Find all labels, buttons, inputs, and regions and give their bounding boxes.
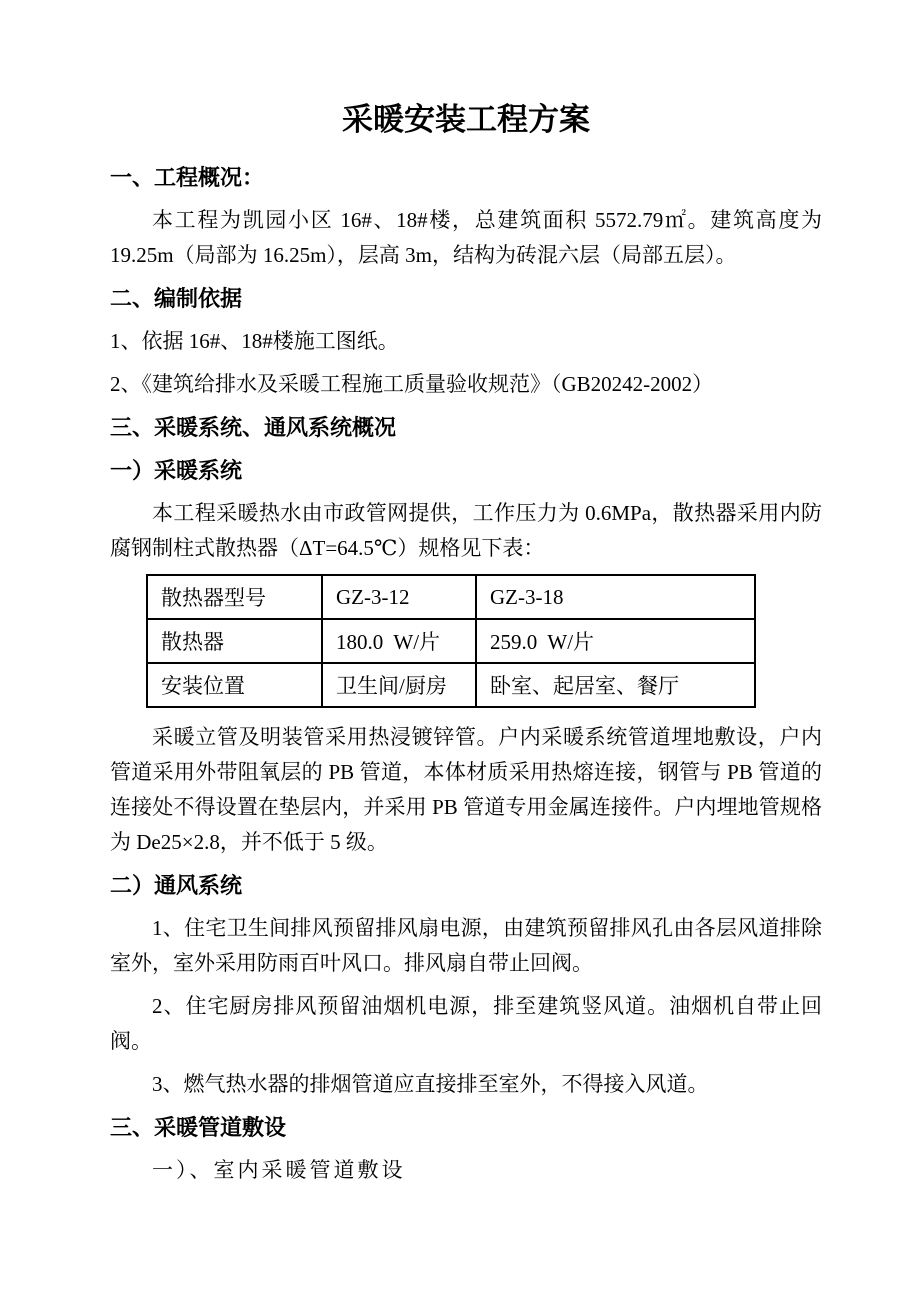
basis-item-2: 2、《建筑给排水及采暖工程施工质量验收规范》（GB20242-2002） [110, 367, 822, 402]
table-cell-gz318: 259.0 W/片 [476, 619, 755, 663]
table-cell-gz318: 卧室、起居室、餐厅 [476, 663, 755, 707]
heading-compilation-basis: 二、编制依据 [110, 281, 822, 316]
table-cell-row-label: 安装位置 [147, 663, 322, 707]
document-title: 采暖安装工程方案 [110, 96, 822, 144]
table-cell-gz318: GZ-3-18 [476, 575, 755, 619]
heading-heating-system: 一）采暖系统 [110, 453, 822, 488]
basis-item-1: 1、依据 16#、18#楼施工图纸。 [110, 324, 822, 359]
heading-pipe-laying: 三、采暖管道敷设 [110, 1110, 822, 1145]
document-page: 采暖安装工程方案 一、工程概况： 本工程为凯园小区 16#、18#楼，总建筑面积… [0, 0, 920, 1302]
table-row-model: 散热器型号 GZ-3-12 GZ-3-18 [147, 575, 755, 619]
table-row-location: 安装位置 卫生间/厨房 卧室、起居室、餐厅 [147, 663, 755, 707]
ventilation-item-2: 2、住宅厨房排风预留油烟机电源，排至建筑竖风道。油烟机自带止回阀。 [110, 989, 822, 1059]
table-cell-row-label: 散热器 [147, 619, 322, 663]
paragraph-heating-intro: 本工程采暖热水由市政管网提供，工作压力为 0.6MPa，散热器采用内防腐钢制柱式… [110, 496, 822, 566]
heading-systems-overview: 三、采暖系统、通风系统概况 [110, 410, 822, 445]
ventilation-item-3: 3、燃气热水器的排烟管道应直接排至室外，不得接入风道。 [110, 1067, 822, 1102]
heading-ventilation-system: 二）通风系统 [110, 868, 822, 903]
heading-project-overview: 一、工程概况： [110, 160, 822, 195]
paragraph-pipe-material: 采暖立管及明装管采用热浸镀锌管。户内采暖系统管道埋地敷设，户内管道采用外带阻氧层… [110, 720, 822, 860]
table-cell-gz312: 卫生间/厨房 [322, 663, 476, 707]
ventilation-item-1: 1、住宅卫生间排风预留排风扇电源，由建筑预留排风孔由各层风道排除室外，室外采用防… [110, 911, 822, 981]
radiator-spec-table: 散热器型号 GZ-3-12 GZ-3-18 散热器 180.0 W/片 259.… [146, 574, 756, 708]
table-row-power: 散热器 180.0 W/片 259.0 W/片 [147, 619, 755, 663]
heading-indoor-pipe-laying: 一）、室内采暖管道敷设 [110, 1153, 822, 1188]
table-cell-gz312: 180.0 W/片 [322, 619, 476, 663]
paragraph-project-overview: 本工程为凯园小区 16#、18#楼，总建筑面积 5572.79㎡。建筑高度为 1… [110, 203, 822, 273]
table-cell-gz312: GZ-3-12 [322, 575, 476, 619]
table-cell-row-label: 散热器型号 [147, 575, 322, 619]
